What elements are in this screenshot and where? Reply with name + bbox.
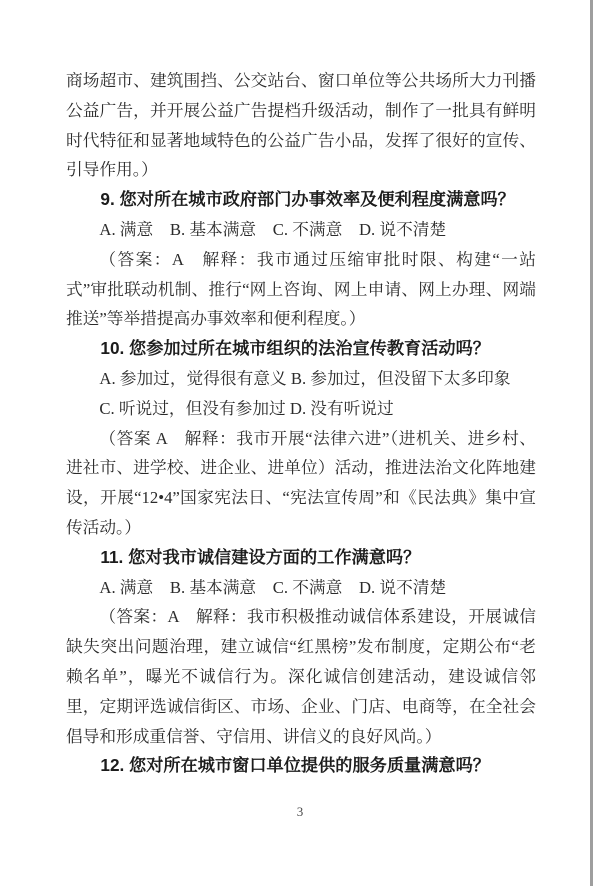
question-12-title: 12. 您对所在城市窗口单位提供的服务质量满意吗？ (66, 751, 536, 781)
question-9-title: 9. 您对所在城市政府部门办事效率及便利程度满意吗？ (66, 185, 536, 215)
question-10-title: 10. 您参加过所在城市组织的法治宣传教育活动吗？ (66, 334, 536, 364)
question-11-options: A. 满意 B. 基本满意 C. 不满意 D. 说不清楚 (66, 573, 536, 603)
document-page: 商场超市、建筑围挡、公交站台、窗口单位等公共场所大力刊播公益广告，并开展公益广告… (0, 0, 600, 886)
scan-edge-line (590, 0, 593, 886)
question-10-options-line-1: A. 参加过，觉得很有意义 B. 参加过，但没留下太多印象 (66, 364, 536, 394)
question-11-title: 11. 您对我市诚信建设方面的工作满意吗？ (66, 543, 536, 573)
question-10-options-line-2: C. 听说过，但没有参加过 D. 没有听说过 (66, 394, 536, 424)
page-number: 3 (0, 804, 600, 820)
question-9-answer: （答案：A 解释：我市通过压缩审批时限、构建“一站式”审批联动机制、推行“网上咨… (66, 245, 536, 334)
page-content: 商场超市、建筑围挡、公交站台、窗口单位等公共场所大力刊播公益广告，并开展公益广告… (66, 66, 536, 781)
question-11-answer: （答案：A 解释：我市积极推动诚信体系建设，开展诚信缺失突出问题治理，建立诚信“… (66, 602, 536, 751)
question-10-answer: （答案 A 解释：我市开展“法律六进”（进机关、进乡村、进社市、进学校、进企业、… (66, 424, 536, 543)
question-9-options: A. 满意 B. 基本满意 C. 不满意 D. 说不清楚 (66, 215, 536, 245)
continuation-paragraph: 商场超市、建筑围挡、公交站台、窗口单位等公共场所大力刊播公益广告，并开展公益广告… (66, 66, 536, 185)
